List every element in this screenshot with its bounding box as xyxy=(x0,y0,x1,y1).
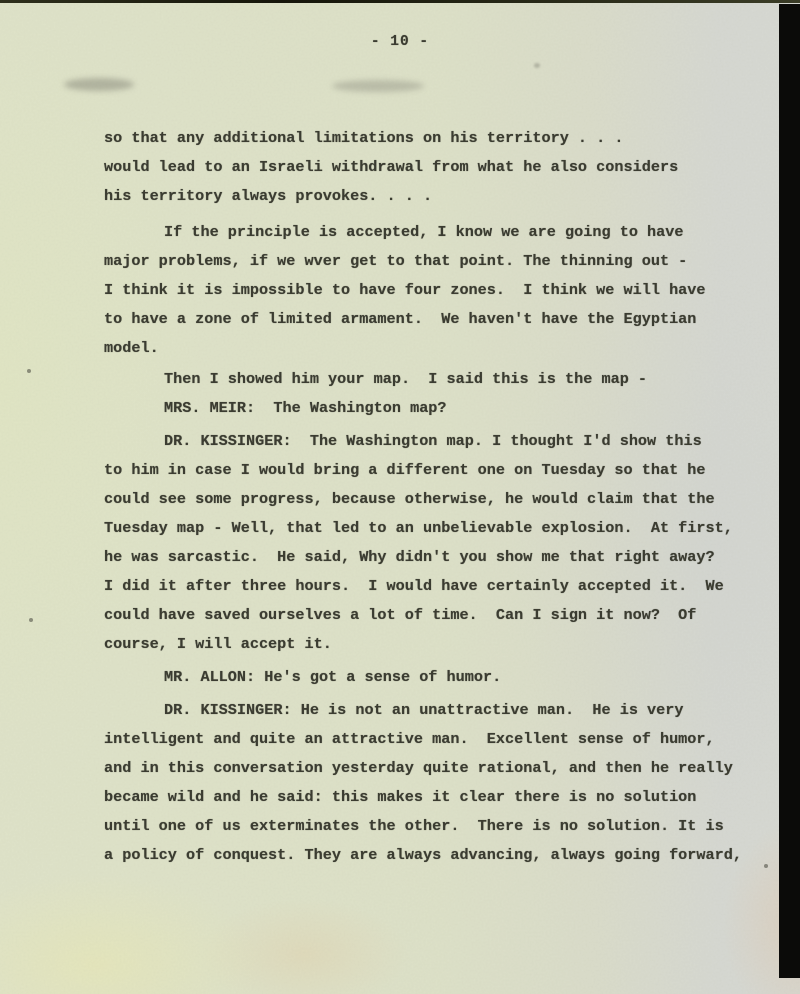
document-line: DR. KISSINGER: The Washington map. I tho… xyxy=(104,427,764,456)
document-line: to him in case I would bring a different… xyxy=(104,456,764,485)
ink-speck xyxy=(534,63,540,68)
document-line: MR. ALLON: He's got a sense of humor. xyxy=(104,663,764,692)
scan-top-edge xyxy=(0,0,800,3)
document-line: a policy of conquest. They are always ad… xyxy=(104,841,764,870)
document-line: would lead to an Israeli withdrawal from… xyxy=(104,153,764,182)
document-line: major problems, if we wver get to that p… xyxy=(104,247,764,276)
document-line: he was sarcastic. He said, Why didn't yo… xyxy=(104,543,764,572)
document-line: If the principle is accepted, I know we … xyxy=(104,218,764,247)
ink-speck xyxy=(29,618,33,622)
document-line: became wild and he said: this makes it c… xyxy=(104,783,764,812)
document-line: and in this conversation yesterday quite… xyxy=(104,754,764,783)
smudge-mark xyxy=(332,80,424,92)
scan-right-edge-bar xyxy=(779,4,800,978)
document-line: could see some progress, because otherwi… xyxy=(104,485,764,514)
smudge-mark xyxy=(64,78,134,91)
document-line: so that any additional limitations on hi… xyxy=(104,124,764,153)
document-line: DR. KISSINGER: He is not an unattractive… xyxy=(104,696,764,725)
page-number: - 10 - xyxy=(0,33,800,51)
scanned-page: - 10 - so that any additional limitation… xyxy=(0,0,800,994)
document-line: his territory always provokes. . . . xyxy=(104,182,764,211)
document-line: Then I showed him your map. I said this … xyxy=(104,365,764,394)
document-line: to have a zone of limited armament. We h… xyxy=(104,305,764,334)
document-line: model. xyxy=(104,334,764,363)
document-line: could have saved ourselves a lot of time… xyxy=(104,601,764,630)
ink-speck xyxy=(764,864,768,868)
document-line: intelligent and quite an attractive man.… xyxy=(104,725,764,754)
document-line: I think it is impossible to have four zo… xyxy=(104,276,764,305)
document-line: Tuesday map - Well, that led to an unbel… xyxy=(104,514,764,543)
document-line: until one of us exterminates the other. … xyxy=(104,812,764,841)
document-text: so that any additional limitations on hi… xyxy=(104,124,764,870)
document-line: I did it after three hours. I would have… xyxy=(104,572,764,601)
ink-speck xyxy=(27,369,31,373)
document-line: MRS. MEIR: The Washington map? xyxy=(104,394,764,423)
document-line: course, I will accept it. xyxy=(104,630,764,659)
